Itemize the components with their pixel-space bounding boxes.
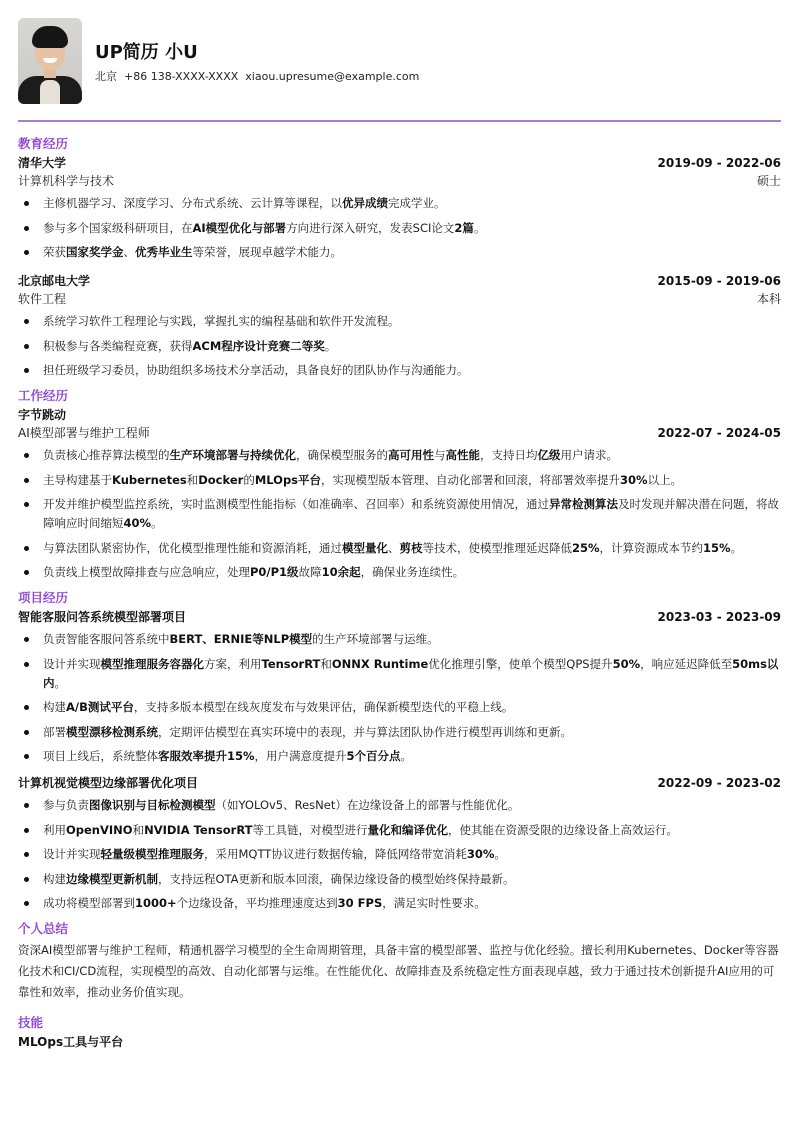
project-entry: 智能客服问答系统模型部署项目 2023-03 - 2023-09 负责智能客服问… [18,608,781,766]
school-name: 北京邮电大学 [18,272,90,290]
section-title-projects: 项目经历 [18,588,781,608]
bullet-item: 成功将模型部署到1000+个边缘设备，平均推理速度达到30 FPS，满足实时性要… [18,894,781,913]
bullet-item: 设计并实现模型推理服务容器化方案，利用TensorRT和ONNX Runtime… [18,655,781,693]
summary-section: 个人总结 资深AI模型部署与维护工程师，精通机器学习模型的全生命周期管理，具备丰… [18,919,781,1003]
summary-text: 资深AI模型部署与维护工程师，精通机器学习模型的全生命周期管理，具备丰富的模型部… [18,940,781,1003]
bullet-item: 利用OpenVINO和NVIDIA TensorRT等工具链，对模型进行量化和编… [18,821,781,840]
bullet-list: 系统学习软件工程理论与实践，掌握扎实的编程基础和软件开发流程。积极参与各类编程竞… [18,312,781,380]
bullet-item: 项目上线后，系统整体客服效率提升15%，用户满意度提升5个百分点。 [18,747,781,766]
phone: +86 138-XXXX-XXXX [124,69,238,86]
work-section: 工作经历 字节跳动 AI模型部署与维护工程师 2022-07 - 2024-05… [18,386,781,582]
major: 计算机科学与技术 [18,172,114,190]
section-title-skills: 技能 [18,1013,781,1033]
bullet-item: 参与多个国家级科研项目，在AI模型优化与部署方向进行深入研究，发表SCI论文2篇… [18,219,781,238]
dates: 2023-03 - 2023-09 [658,608,782,626]
location: 北京 [95,69,117,86]
skills-section: 技能 MLOps工具与平台 [18,1013,781,1051]
degree: 本科 [757,290,781,308]
company-name: 字节跳动 [18,406,66,424]
job-role: AI模型部署与维护工程师 [18,424,150,442]
dates: 2019-09 - 2022-06 [658,154,782,172]
education-entry: 北京邮电大学 2015-09 - 2019-06 软件工程 本科 系统学习软件工… [18,272,781,380]
bullet-list: 主修机器学习、深度学习、分布式系统、云计算等课程，以优异成绩完成学业。参与多个国… [18,194,781,262]
contact-line: 北京 +86 138-XXXX-XXXX xiaou.upresume@exam… [95,69,419,86]
bullet-item: 参与负责图像识别与目标检测模型（如YOLOv5、ResNet）在边缘设备上的部署… [18,796,781,815]
education-entry: 清华大学 2019-09 - 2022-06 计算机科学与技术 硕士 主修机器学… [18,154,781,262]
dates: 2015-09 - 2019-06 [658,272,782,290]
header-divider [18,120,781,122]
skill-category: MLOps工具与平台 [18,1033,781,1051]
dates: 2022-07 - 2024-05 [658,424,782,442]
resume-header: UP简历 小U 北京 +86 138-XXXX-XXXX xiaou.upres… [18,18,781,104]
profile-photo [18,18,82,104]
school-name: 清华大学 [18,154,66,172]
bullet-item: 构建边缘模型更新机制，支持远程OTA更新和版本回滚，确保边缘设备的模型始终保持最… [18,870,781,889]
bullet-item: 与算法团队紧密协作，优化模型推理性能和资源消耗，通过模型量化、剪枝等技术，使模型… [18,539,781,558]
bullet-item: 负责智能客服问答系统中BERT、ERNIE等NLP模型的生产环境部署与运维。 [18,630,781,649]
work-entry: 字节跳动 AI模型部署与维护工程师 2022-07 - 2024-05 负责核心… [18,406,781,582]
bullet-item: 开发并维护模型监控系统，实时监测模型性能指标（如准确率、召回率）和系统资源使用情… [18,495,781,533]
bullet-item: 负责线上模型故障排查与应急响应，处理P0/P1级故障10余起，确保业务连续性。 [18,563,781,582]
bullet-item: 主修机器学习、深度学习、分布式系统、云计算等课程，以优异成绩完成学业。 [18,194,781,213]
bullet-item: 积极参与各类编程竞赛，获得ACM程序设计竞赛二等奖。 [18,337,781,356]
bullet-item: 担任班级学习委员，协助组织多场技术分享活动，具备良好的团队协作与沟通能力。 [18,361,781,380]
project-name: 智能客服问答系统模型部署项目 [18,608,186,626]
bullet-list: 负责核心推荐算法模型的生产环境部署与持续优化，确保模型服务的高可用性与高性能，支… [18,446,781,582]
projects-section: 项目经历 智能客服问答系统模型部署项目 2023-03 - 2023-09 负责… [18,588,781,913]
header-info: UP简历 小U 北京 +86 138-XXXX-XXXX xiaou.upres… [95,37,419,86]
section-title-summary: 个人总结 [18,919,781,939]
bullet-list: 参与负责图像识别与目标检测模型（如YOLOv5、ResNet）在边缘设备上的部署… [18,796,781,913]
section-title-education: 教育经历 [18,134,781,154]
education-section: 教育经历 清华大学 2019-09 - 2022-06 计算机科学与技术 硕士 … [18,134,781,380]
project-name: 计算机视觉模型边缘部署优化项目 [18,774,198,792]
resume-page: UP简历 小U 北京 +86 138-XXXX-XXXX xiaou.upres… [0,0,799,1051]
bullet-item: 部署模型漂移检测系统，定期评估模型在真实环境中的表现，并与算法团队协作进行模型再… [18,723,781,742]
candidate-name: UP简历 小U [95,41,419,64]
project-entry: 计算机视觉模型边缘部署优化项目 2022-09 - 2023-02 参与负责图像… [18,774,781,913]
bullet-item: 负责核心推荐算法模型的生产环境部署与持续优化，确保模型服务的高可用性与高性能，支… [18,446,781,465]
bullet-item: 系统学习软件工程理论与实践，掌握扎实的编程基础和软件开发流程。 [18,312,781,331]
bullet-item: 主导构建基于Kubernetes和Docker的MLOps平台，实现模型版本管理… [18,471,781,490]
dates: 2022-09 - 2023-02 [658,774,782,792]
email[interactable]: xiaou.upresume@example.com [245,69,419,86]
degree: 硕士 [757,172,781,190]
bullet-list: 负责智能客服问答系统中BERT、ERNIE等NLP模型的生产环境部署与运维。设计… [18,630,781,766]
major: 软件工程 [18,290,66,308]
bullet-item: 设计并实现轻量级模型推理服务，采用MQTT协议进行数据传输，降低网络带宽消耗30… [18,845,781,864]
bullet-item: 构建A/B测试平台，支持多版本模型在线灰度发布与效果评估，确保新模型迭代的平稳上… [18,698,781,717]
section-title-work: 工作经历 [18,386,781,406]
bullet-item: 荣获国家奖学金、优秀毕业生等荣誉，展现卓越学术能力。 [18,243,781,262]
